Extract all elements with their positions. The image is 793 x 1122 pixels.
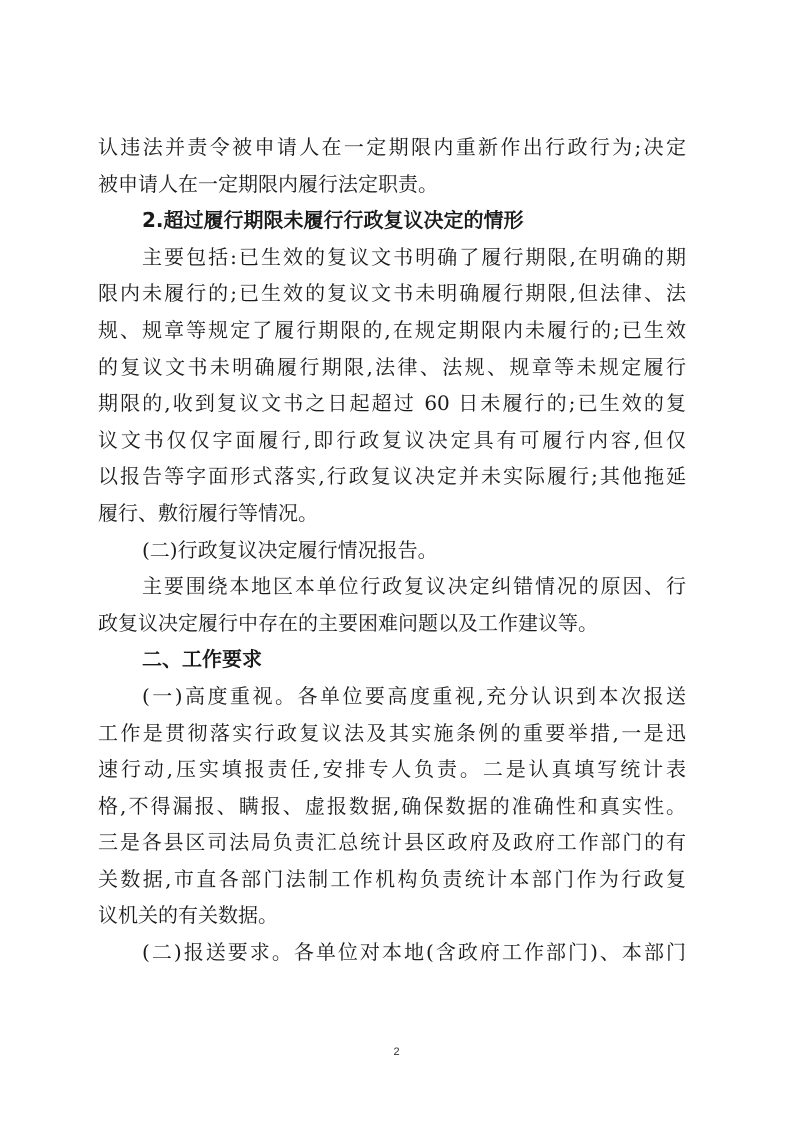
body-line: 议文书仅仅字面履行,即行政复议决定具有可履行内容,但仅 [98, 422, 686, 459]
body-line: 履行、敷衍履行等情况。 [98, 495, 686, 532]
body-line: 主要包括:已生效的复议文书明确了履行期限,在明确的期 [98, 239, 686, 276]
page-number: 2 [0, 1046, 793, 1058]
body-line: 认违法并责令被申请人在一定期限内重新作出行政行为;决定 [98, 129, 686, 166]
body-line: 工作是贯彻落实行政复议法及其实施条例的重要举措,一是迅 [98, 715, 686, 752]
body-line: 格,不得漏报、瞒报、虚报数据,确保数据的准确性和真实性。 [98, 788, 686, 825]
section-label: (二)行政复议决定履行情况报告。 [98, 532, 686, 569]
body-line: 限内未履行的;已生效的复议文书未明确履行期限,但法律、法 [98, 275, 686, 312]
body-line: 三是各县区司法局负责汇总统计县区政府及政府工作部门的有 [98, 824, 686, 861]
body-line: 速行动,压实填报责任,安排专人负责。二是认真填写统计表 [98, 751, 686, 788]
body-line: 规、规章等规定了履行期限的,在规定期限内未履行的;已生效 [98, 312, 686, 349]
body-line: 主要围绕本地区本单位行政复议决定纠错情况的原因、行 [98, 568, 686, 605]
body-line: (二)报送要求。各单位对本地(含政府工作部门)、本部门 [98, 934, 686, 971]
body-line: 期限的,收到复议文书之日起超过 60 日未履行的;已生效的复 [98, 385, 686, 422]
section-heading: 二、工作要求 [98, 641, 686, 678]
body-line: 被申请人在一定期限内履行法定职责。 [98, 166, 686, 203]
subheading: 2.超过履行期限未履行行政复议决定的情形 [98, 202, 686, 239]
body-line: 以报告等字面形式落实,行政复议决定并未实际履行;其他拖延 [98, 458, 686, 495]
body-line: 议机关的有关数据。 [98, 897, 686, 934]
body-line: 的复议文书未明确履行期限,法律、法规、规章等未规定履行 [98, 349, 686, 386]
document-page: 认违法并责令被申请人在一定期限内重新作出行政行为;决定 被申请人在一定期限内履行… [98, 129, 686, 971]
body-line: 政复议决定履行中存在的主要困难问题以及工作建议等。 [98, 605, 686, 642]
body-line: (一)高度重视。各单位要高度重视,充分认识到本次报送 [98, 678, 686, 715]
body-line: 关数据,市直各部门法制工作机构负责统计本部门作为行政复 [98, 861, 686, 898]
